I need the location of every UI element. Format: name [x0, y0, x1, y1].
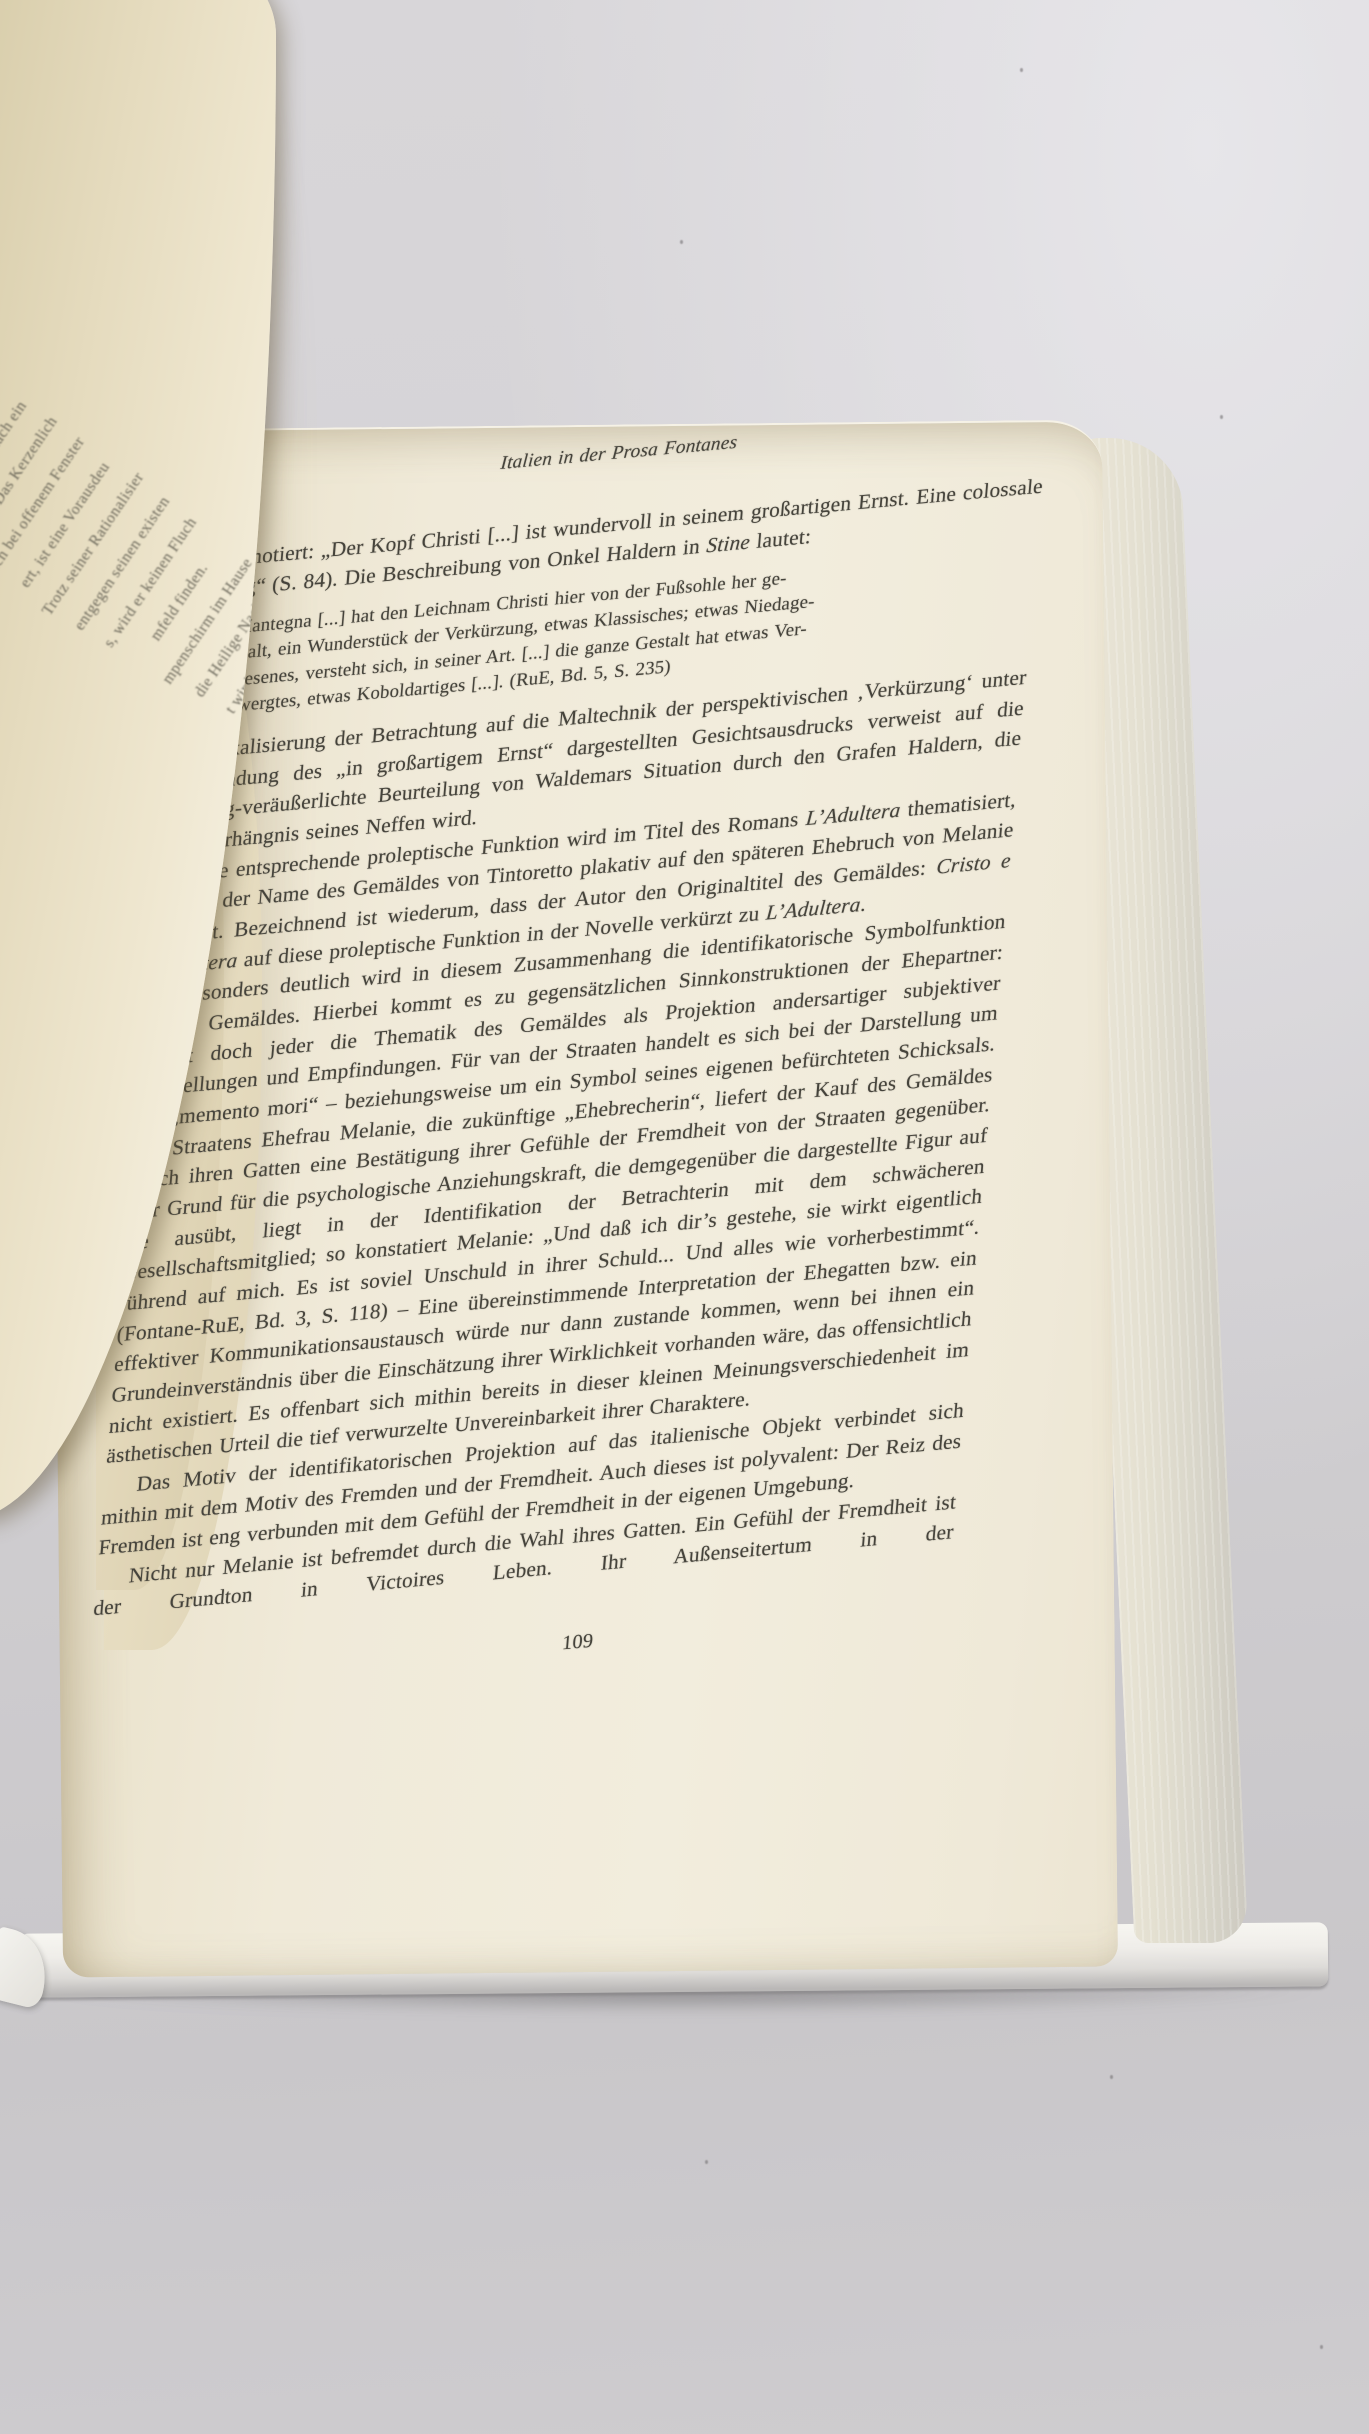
title-stine: Stine [706, 530, 752, 558]
dust-speck [1110, 2075, 1113, 2079]
dust-speck [705, 2160, 708, 2164]
dust-speck [680, 240, 683, 244]
title-ladultera: L’Adultera [765, 892, 862, 924]
dust-speck [1020, 68, 1023, 72]
photo-of-open-book: Italien in der Prosa Fontanes Brera“ not… [0, 0, 1369, 2434]
dust-speck [1220, 415, 1223, 419]
dust-speck [1320, 2345, 1323, 2349]
title-ladultera: L’Adultera [805, 797, 902, 829]
